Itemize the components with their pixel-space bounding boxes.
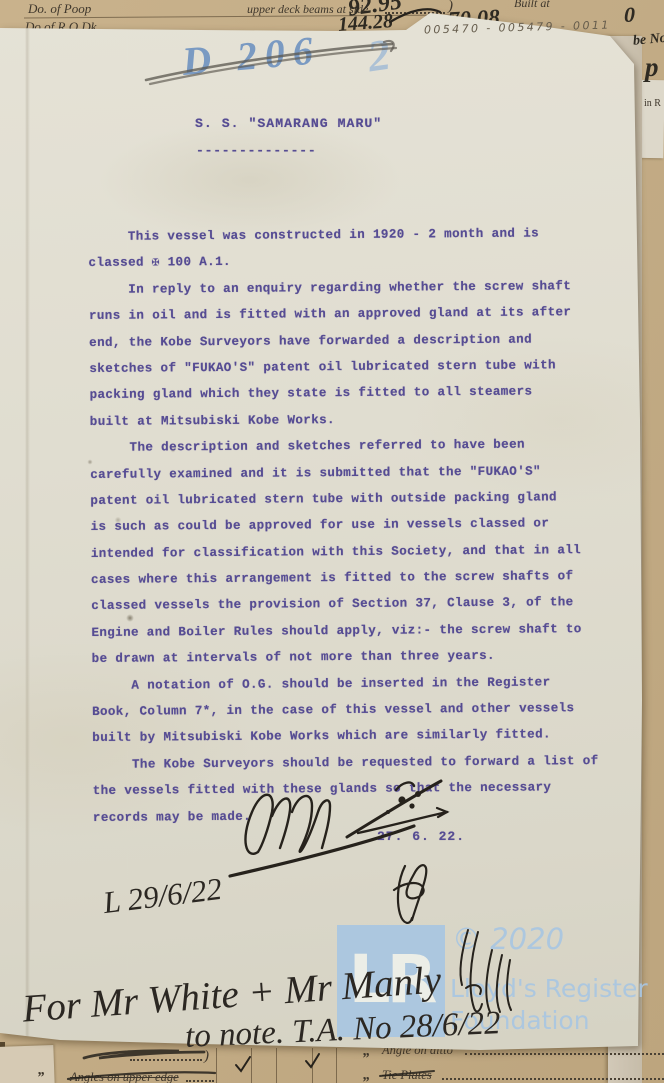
strikethrough-mark xyxy=(146,41,396,84)
signature-scrawl xyxy=(460,930,511,1012)
form-ink-flourish xyxy=(390,9,440,22)
form-scribble-marks xyxy=(68,1051,434,1079)
ink-overlay xyxy=(0,0,664,1083)
initials-mark xyxy=(394,865,426,923)
signature-right xyxy=(347,781,447,837)
signature-initials-left xyxy=(230,795,414,876)
scanned-document: { "form": { "top_left_line1": "Do. of Po… xyxy=(0,0,664,1083)
